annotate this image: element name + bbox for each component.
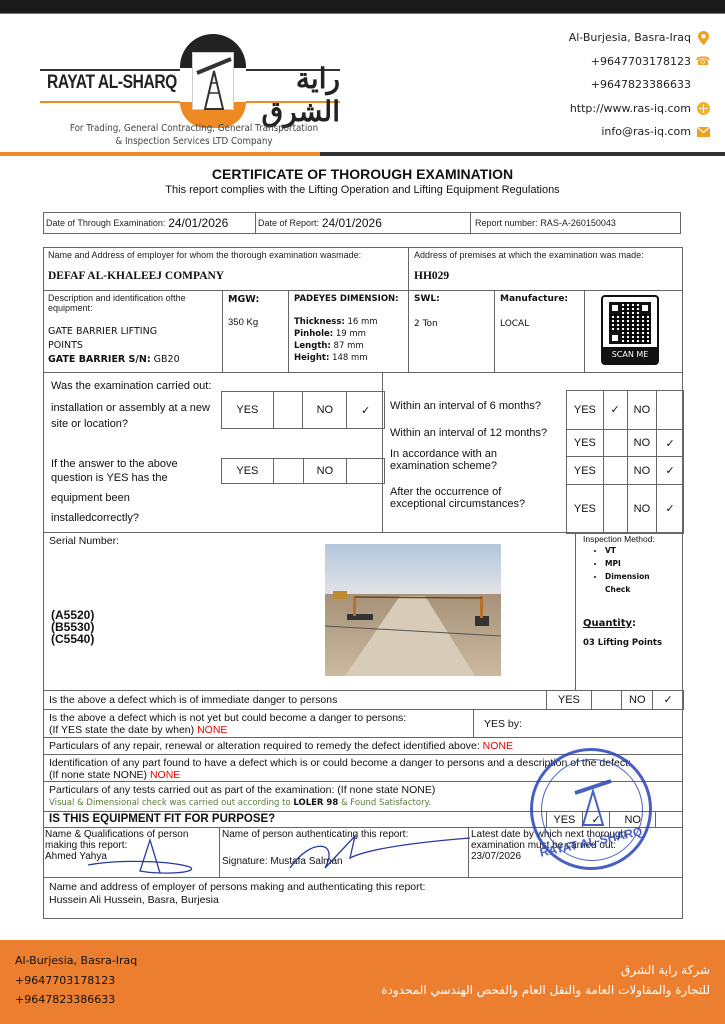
envelope-icon xyxy=(696,125,710,139)
height-value: 148 mm xyxy=(332,353,368,363)
q1-yes-label: YES xyxy=(222,392,274,429)
interval-scheme-no-label: NO xyxy=(627,457,657,485)
equipment-photo xyxy=(325,544,501,676)
contact-email-link[interactable]: info@ras-iq.com xyxy=(601,125,691,138)
mgw-value: 350 Kg xyxy=(228,317,283,328)
defect-part-sub: (If none state NONE) xyxy=(49,769,147,781)
q2-line-3: equipment been xyxy=(51,491,178,505)
interval-scheme-yes-label: YES xyxy=(567,457,604,485)
immediate-danger-grid: YES NO ✓ xyxy=(546,690,684,710)
interval-exceptional-label: After the occurrence of exceptional circ… xyxy=(390,486,550,510)
footer-phone-1: +9647703178123 xyxy=(15,971,137,991)
top-bar xyxy=(0,0,725,14)
tagline-line-2: & Inspection Services LTD Company xyxy=(60,135,329,148)
report-number-cell: Report number: RAS-A-260150043 xyxy=(471,213,680,233)
contact-phone-1: +9647703178123 ☎ xyxy=(569,50,710,74)
employer-label: Name and Address of employer for whom th… xyxy=(48,250,403,260)
future-danger-text: Is the above a defect which is not yet b… xyxy=(49,712,469,736)
immediate-danger-label: Is the above a defect which is of immedi… xyxy=(49,694,337,706)
inspection-method-list: VT MPI Dimension Check xyxy=(583,544,676,596)
footer: Al-Burjesia, Basra-Iraq +9647703178123 +… xyxy=(0,940,725,1024)
manufacture-label: Manufacture: xyxy=(500,294,579,304)
future-danger-sub: (If YES state the date by when) xyxy=(49,724,194,736)
manufacture-value: LOCAL xyxy=(500,319,579,329)
employer-persons-label: Name and address of employer of persons … xyxy=(49,881,677,894)
immediate-yes-checkbox[interactable] xyxy=(591,690,622,710)
tests-result-pre: Visual & Dimensional check was carried o… xyxy=(49,798,291,808)
telephone-icon: ☎ xyxy=(696,54,710,68)
interval-12-yes-label: YES xyxy=(567,429,604,457)
immediate-no-checkbox[interactable]: ✓ xyxy=(653,690,684,710)
equipment-description-label: Description and identification ofthe equ… xyxy=(48,293,217,313)
interval-6-no-checkbox[interactable] xyxy=(657,391,684,430)
brand-name-en: RAYAT AL-SHARQ xyxy=(47,72,177,94)
height-label: Height: xyxy=(294,353,329,363)
equipment-description-cell: Description and identification ofthe equ… xyxy=(43,291,223,373)
footer-address: Al-Burjesia, Basra-Iraq xyxy=(15,951,137,971)
interval-questions: Within an interval of 6 months? Within a… xyxy=(390,373,570,533)
q1-line-2: site or location? xyxy=(51,416,210,432)
inspection-method-item: VT xyxy=(605,544,676,557)
interval-12-months-label: Within an interval of 12 months? xyxy=(390,427,547,439)
length-label: Length: xyxy=(294,341,331,351)
q2-line-2: question is YES has the xyxy=(51,471,178,485)
exam-date-cell: Date of Through Examination: 24/01/2026 xyxy=(44,213,256,233)
contact-address: Al-Burjesia, Basra-Iraq xyxy=(569,26,710,50)
exam-left: Was the examination carried out: install… xyxy=(43,373,383,533)
footer-arabic-company: شركة راية الشرق xyxy=(381,960,710,980)
serial-number-item: (C5540) xyxy=(51,633,94,645)
q2-yes-label: YES xyxy=(222,459,274,484)
serial-number-list: (A5520) (B5530) (C5540) xyxy=(51,609,94,645)
q2-answer-grid: YES NO xyxy=(221,458,385,484)
contact-website: http://www.ras-iq.com xyxy=(569,97,710,121)
footer-contact: Al-Burjesia, Basra-Iraq +9647703178123 +… xyxy=(15,951,137,1010)
qr-finder-icon xyxy=(609,332,621,344)
date-bar: Date of Through Examination: 24/01/2026 … xyxy=(43,212,681,234)
premises-cell: Address of premises at which the examina… xyxy=(409,247,683,291)
examination-section: Was the examination carried out: install… xyxy=(43,373,683,533)
footer-arabic-description: للتجارة والمقاولات العامة والنقل العام و… xyxy=(381,980,710,1000)
immediate-danger-row: Is the above a defect which is of immedi… xyxy=(43,691,683,710)
fitness-question: IS THIS EQUIPMENT FIT FOR PURPOSE? xyxy=(49,813,275,825)
inspection-method-cell: Inspection Method: VT MPI Dimension Chec… xyxy=(575,533,683,691)
q2-line-1: If the answer to the above xyxy=(51,457,178,471)
contact-phone-2-text[interactable]: +9647823386633 xyxy=(591,78,691,91)
defect-part-value: NONE xyxy=(150,769,180,781)
future-danger-value: NONE xyxy=(197,724,227,736)
quantity-label: Quantity xyxy=(583,618,632,629)
interval-6-yes-checkbox[interactable]: ✓ xyxy=(603,391,627,430)
employer-cell: Name and Address of employer for whom th… xyxy=(43,247,409,291)
equipment-description-line-2: POINTS xyxy=(48,339,217,353)
exam-question-intro: Was the examination carried out: xyxy=(51,380,211,392)
interval-scheme-label: In accordance with an examination scheme… xyxy=(390,448,530,472)
company-logo: RAYAT AL-SHARQ راية الشرق xyxy=(40,22,340,127)
report-date-value: 24/01/2026 xyxy=(322,216,382,230)
employer-name: DEFAF AL-KHALEEJ COMPANY xyxy=(48,270,403,282)
interval-answer-grid: YES ✓ NO YES NO ✓ YES NO ✓ YES NO ✓ xyxy=(566,390,684,534)
company-tagline: For Trading, General Contracting, Genera… xyxy=(60,122,329,148)
qr-finder-icon xyxy=(609,302,621,314)
header-divider xyxy=(0,152,725,156)
serial-label: GATE BARRIER S/N: xyxy=(48,354,151,365)
contact-email: info@ras-iq.com xyxy=(569,120,710,144)
oil-pump-icon xyxy=(192,52,234,110)
contact-phone-1-text[interactable]: +9647703178123 xyxy=(591,55,691,68)
manufacture-cell: Manufacture: LOCAL xyxy=(495,291,585,373)
thickness-label: Thickness: xyxy=(294,317,345,327)
q2-no-checkbox[interactable] xyxy=(347,459,385,484)
footer-arabic: شركة راية الشرق للتجارة والمقاولات العام… xyxy=(381,960,710,1000)
interval-12-no-label: NO xyxy=(627,429,657,457)
serial-number-label: Serial Number: xyxy=(49,535,119,547)
contact-address-text: Al-Burjesia, Basra-Iraq xyxy=(569,31,691,44)
exam-q1-text: installation or assembly at a new site o… xyxy=(51,400,210,432)
authenticator-signature xyxy=(280,828,480,883)
employer-persons-row: Name and address of employer of persons … xyxy=(43,878,683,919)
interval-exceptional-yes-label: YES xyxy=(567,484,604,533)
stamp-pump-icon xyxy=(573,777,613,827)
tests-standard: LOLER 98 xyxy=(293,798,338,808)
thickness-value: 16 mm xyxy=(348,317,378,327)
exam-date-label: Date of Through Examination: xyxy=(46,218,165,228)
certificate-subtitle: This report complies with the Lifting Op… xyxy=(0,184,725,196)
mgw-cell: MGW: 350 Kg xyxy=(223,291,289,373)
contact-info: Al-Burjesia, Basra-Iraq +9647703178123 ☎… xyxy=(569,26,710,144)
qr-finder-icon xyxy=(639,302,651,314)
equipment-row: Description and identification ofthe equ… xyxy=(43,291,683,373)
brand-name-ar: راية الشرق xyxy=(233,62,340,128)
premises-label: Address of premises at which the examina… xyxy=(414,250,678,260)
padeyes-label: PADEYES DIMENSION: xyxy=(294,294,403,304)
serial-value: GB20 xyxy=(154,354,180,365)
pinhole-value: 19 mm xyxy=(336,329,366,339)
q1-no-label: NO xyxy=(303,392,347,429)
inspection-method-label: Inspection Method: xyxy=(583,534,676,544)
immediate-yes-label: YES xyxy=(547,690,592,710)
exam-q2-text: If the answer to the above question is Y… xyxy=(51,457,178,525)
exam-date-value: 24/01/2026 xyxy=(168,216,228,230)
future-danger-label: Is the above a defect which is not yet b… xyxy=(49,712,469,724)
globe-icon xyxy=(696,101,710,115)
report-number-value: RAS-A-260150043 xyxy=(540,218,616,228)
yes-by-cell: YES by: xyxy=(473,710,683,738)
interval-exceptional-yes-checkbox[interactable] xyxy=(603,484,627,533)
footer-phone-2: +9647823386633 xyxy=(15,990,137,1010)
company-stamp: RAYAT AL-SHARQ xyxy=(530,748,652,870)
mgw-label: MGW: xyxy=(228,294,283,305)
equipment-description-line-1: GATE BARRIER LIFTING xyxy=(48,325,217,339)
immediate-no-label: NO xyxy=(622,690,653,710)
report-date-cell: Date of Report: 24/01/2026 xyxy=(256,213,471,233)
report-date-label: Date of Report: xyxy=(258,218,319,228)
certificate-title: CERTIFICATE OF THOROUGH EXAMINATION xyxy=(0,166,725,182)
interval-exceptional-no-checkbox[interactable]: ✓ xyxy=(657,484,684,533)
q2-no-label: NO xyxy=(303,459,347,484)
employer-row: Name and Address of employer for whom th… xyxy=(43,247,683,291)
q1-yes-checkbox[interactable] xyxy=(273,392,303,429)
contact-website-link[interactable]: http://www.ras-iq.com xyxy=(570,102,691,115)
q1-no-checkbox[interactable]: ✓ xyxy=(347,392,385,429)
q1-line-1: installation or assembly at a new xyxy=(51,400,210,416)
length-value: 87 mm xyxy=(334,341,364,351)
repair-value: NONE xyxy=(483,740,513,752)
swl-cell: SWL: 2 Ton xyxy=(409,291,495,373)
padeyes-cell: PADEYES DIMENSION: Thickness: 16 mm Pinh… xyxy=(289,291,409,373)
tagline-line-1: For Trading, General Contracting, Genera… xyxy=(60,122,329,135)
quantity-value: 03 Lifting Points xyxy=(583,638,676,648)
interval-scheme-no-checkbox[interactable]: ✓ xyxy=(657,457,684,485)
swl-label: SWL: xyxy=(414,294,489,304)
q2-yes-checkbox[interactable] xyxy=(273,459,303,484)
report-number-label: Report number: xyxy=(475,218,538,228)
interval-12-yes-checkbox[interactable] xyxy=(603,429,627,457)
interval-6-no-label: NO xyxy=(627,391,657,430)
inspection-method-item: MPI xyxy=(605,557,676,570)
logo-rule-left xyxy=(40,69,180,71)
repair-label: Particulars of any repair, renewal or al… xyxy=(49,740,480,752)
contact-phone-2: +9647823386633 xyxy=(569,73,710,97)
future-danger-row: Is the above a defect which is not yet b… xyxy=(43,710,683,738)
swl-value: 2 Ton xyxy=(414,319,489,329)
premises-value: HH029 xyxy=(414,270,678,282)
qr-code[interactable]: SCAN ME xyxy=(601,295,659,365)
tests-result-post: & Found Satisfactory. xyxy=(341,798,431,808)
employer-persons-value: Hussein Ali Hussein, Basra, Burjesia xyxy=(49,894,677,907)
interval-12-no-checkbox[interactable]: ✓ xyxy=(657,429,684,457)
location-pin-icon xyxy=(696,31,710,45)
yes-by-label: YES by: xyxy=(484,718,522,730)
interval-scheme-yes-checkbox[interactable] xyxy=(603,457,627,485)
letterhead: RAYAT AL-SHARQ راية الشرق For Trading, G… xyxy=(0,14,725,152)
pinhole-label: Pinhole: xyxy=(294,329,333,339)
inspection-method-item: Dimension Check xyxy=(605,570,676,596)
q1-answer-grid: YES NO ✓ xyxy=(221,391,385,429)
qr-scan-label: SCAN ME xyxy=(603,347,657,363)
interval-6-yes-label: YES xyxy=(567,391,604,430)
logo-rule-left-orange xyxy=(40,101,180,103)
q2-line-4: installedcorrectly? xyxy=(51,511,178,525)
interval-6-months-label: Within an interval of 6 months? xyxy=(390,400,541,412)
interval-exceptional-no-label: NO xyxy=(627,484,657,533)
